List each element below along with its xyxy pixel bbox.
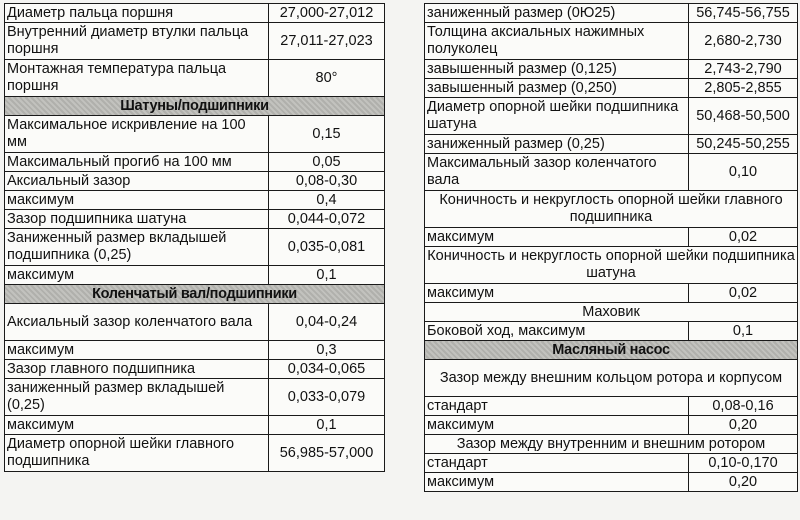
spec-label: Максимальный прогиб на 100 мм	[5, 153, 269, 172]
spec-value: 0,05	[269, 153, 385, 172]
spec-value: 27,011-27,023	[269, 23, 385, 60]
subheading-row: Коничность и некруглость опорной шейки г…	[425, 191, 798, 228]
spec-value: 0,20	[689, 473, 798, 492]
spec-label: Диаметр опорной шейки главного подшипник…	[5, 435, 269, 472]
spec-value: 80°	[269, 60, 385, 97]
section-header: Шатуны/подшипники	[5, 97, 385, 116]
spec-label: максимум	[5, 416, 269, 435]
table-row: максимум0,3	[5, 341, 385, 360]
spec-label: максимум	[425, 473, 689, 492]
spec-value: 0,3	[269, 341, 385, 360]
table-row: Зазор подшипника шатуна0,044-0,072	[5, 210, 385, 229]
table-row: максимум0,1	[5, 266, 385, 285]
spec-label: Диаметр пальца поршня	[5, 4, 269, 23]
spec-label: максимум	[5, 341, 269, 360]
subheading-row: Зазор между внутренним и внешним ротором	[425, 435, 798, 454]
subheading-row: Зазор между внешним кольцом ротора и кор…	[425, 360, 798, 397]
spec-value: 56,985-57,000	[269, 435, 385, 472]
table-row: максимум0,02	[425, 228, 798, 247]
spec-label: Максимальный зазор коленчатого вала	[425, 154, 689, 191]
spec-value: 50,245-50,255	[689, 135, 798, 154]
spec-value: 0,1	[269, 266, 385, 285]
spec-label: Диаметр опорной шейки подшипника шатуна	[425, 98, 689, 135]
spec-label: завышенный размер (0,125)	[425, 60, 689, 79]
table-row: Монтажная температура пальца поршня80°	[5, 60, 385, 97]
section-title: Коленчатый вал/подшипники	[5, 285, 385, 304]
subheading-row: Коничность и некруглость опорной шейки п…	[425, 247, 798, 284]
table-row: Аксиальный зазор коленчатого вала0,04-0,…	[5, 304, 385, 341]
spec-label: Зазор главного подшипника	[5, 360, 269, 379]
spec-label: Заниженный размер вкладышей подшипника (…	[5, 229, 269, 266]
spec-value: 0,02	[689, 228, 798, 247]
spec-value: 0,1	[269, 416, 385, 435]
table-row: максимум0,20	[425, 473, 798, 492]
table-row: Максимальный зазор коленчатого вала0,10	[425, 154, 798, 191]
table-row: стандарт0,08-0,16	[425, 397, 798, 416]
table-row: Диаметр опорной шейки подшипника шатуна5…	[425, 98, 798, 135]
table-row: заниженный размер (0,25)50,245-50,255	[425, 135, 798, 154]
spec-label: Толщина аксиальных нажимных полуколец	[425, 23, 689, 60]
spec-label: максимум	[425, 284, 689, 303]
spec-label: стандарт	[425, 397, 689, 416]
spec-value: 0,04-0,24	[269, 304, 385, 341]
spec-value: 0,02	[689, 284, 798, 303]
spec-label: Аксиальный зазор коленчатого вала	[5, 304, 269, 341]
table-row: максимум0,4	[5, 191, 385, 210]
table-row: заниженный размер вкладышей (0,25)0,033-…	[5, 379, 385, 416]
spec-label: Аксиальный зазор	[5, 172, 269, 191]
spec-label: максимум	[5, 191, 269, 210]
spec-label: заниженный размер (0Ю25)	[425, 4, 689, 23]
spec-value: 27,000-27,012	[269, 4, 385, 23]
section-header: Коленчатый вал/подшипники	[5, 285, 385, 304]
table-row: максимум0,20	[425, 416, 798, 435]
section-title: Шатуны/подшипники	[5, 97, 385, 116]
spec-label: заниженный размер вкладышей (0,25)	[5, 379, 269, 416]
table-row: Зазор главного подшипника0,034-0,065	[5, 360, 385, 379]
table-row: Аксиальный зазор0,08-0,30	[5, 172, 385, 191]
spec-value: 2,680-2,730	[689, 23, 798, 60]
spec-value: 56,745-56,755	[689, 4, 798, 23]
spec-label: максимум	[425, 416, 689, 435]
spec-label: максимум	[5, 266, 269, 285]
spec-value: 0,10	[689, 154, 798, 191]
spec-label: Зазор подшипника шатуна	[5, 210, 269, 229]
spec-label: завышенный размер (0,250)	[425, 79, 689, 98]
spec-label: стандарт	[425, 454, 689, 473]
spec-value: 0,10-0,170	[689, 454, 798, 473]
spec-label: Максимальное искривление на 100 мм	[5, 116, 269, 153]
spec-label: Монтажная температура пальца поршня	[5, 60, 269, 97]
subheading: Зазор между внешним кольцом ротора и кор…	[425, 360, 798, 397]
section-header: Масляный насос	[425, 341, 798, 360]
spec-label: Внутренний диаметр втулки пальца поршня	[5, 23, 269, 60]
table-row: стандарт0,10-0,170	[425, 454, 798, 473]
spec-label: максимум	[425, 228, 689, 247]
table-row: Внутренний диаметр втулки пальца поршня2…	[5, 23, 385, 60]
spec-value: 0,034-0,065	[269, 360, 385, 379]
subheading-row: Маховик	[425, 303, 798, 322]
table-row: Заниженный размер вкладышей подшипника (…	[5, 229, 385, 266]
table-row: Диаметр опорной шейки главного подшипник…	[5, 435, 385, 472]
spec-value: 0,044-0,072	[269, 210, 385, 229]
spec-value: 0,033-0,079	[269, 379, 385, 416]
table-row: завышенный размер (0,125)2,743-2,790	[425, 60, 798, 79]
table-row: максимум0,02	[425, 284, 798, 303]
spec-value: 0,08-0,16	[689, 397, 798, 416]
table-row: Боковой ход, максимум0,1	[425, 322, 798, 341]
right-spec-table: заниженный размер (0Ю25)56,745-56,755Тол…	[424, 3, 798, 492]
table-row: Максимальный прогиб на 100 мм0,05	[5, 153, 385, 172]
subheading: Коничность и некруглость опорной шейки п…	[425, 247, 798, 284]
spec-value: 0,1	[689, 322, 798, 341]
table-row: Толщина аксиальных нажимных полуколец2,6…	[425, 23, 798, 60]
spec-label: заниженный размер (0,25)	[425, 135, 689, 154]
table-row: заниженный размер (0Ю25)56,745-56,755	[425, 4, 798, 23]
table-row: завышенный размер (0,250)2,805-2,855	[425, 79, 798, 98]
table-row: Диаметр пальца поршня27,000-27,012	[5, 4, 385, 23]
table-row: Максимальное искривление на 100 мм0,15	[5, 116, 385, 153]
left-spec-table: Диаметр пальца поршня27,000-27,012Внутре…	[4, 3, 385, 472]
spec-label: Боковой ход, максимум	[425, 322, 689, 341]
subheading: Маховик	[425, 303, 798, 322]
section-title: Масляный насос	[425, 341, 798, 360]
spec-value: 0,20	[689, 416, 798, 435]
table-row: максимум0,1	[5, 416, 385, 435]
subheading: Зазор между внутренним и внешним ротором	[425, 435, 798, 454]
spec-value: 50,468-50,500	[689, 98, 798, 135]
subheading: Коничность и некруглость опорной шейки г…	[425, 191, 798, 228]
spec-value: 0,4	[269, 191, 385, 210]
spec-value: 0,035-0,081	[269, 229, 385, 266]
spec-value: 0,15	[269, 116, 385, 153]
spec-value: 0,08-0,30	[269, 172, 385, 191]
spec-value: 2,743-2,790	[689, 60, 798, 79]
spec-value: 2,805-2,855	[689, 79, 798, 98]
